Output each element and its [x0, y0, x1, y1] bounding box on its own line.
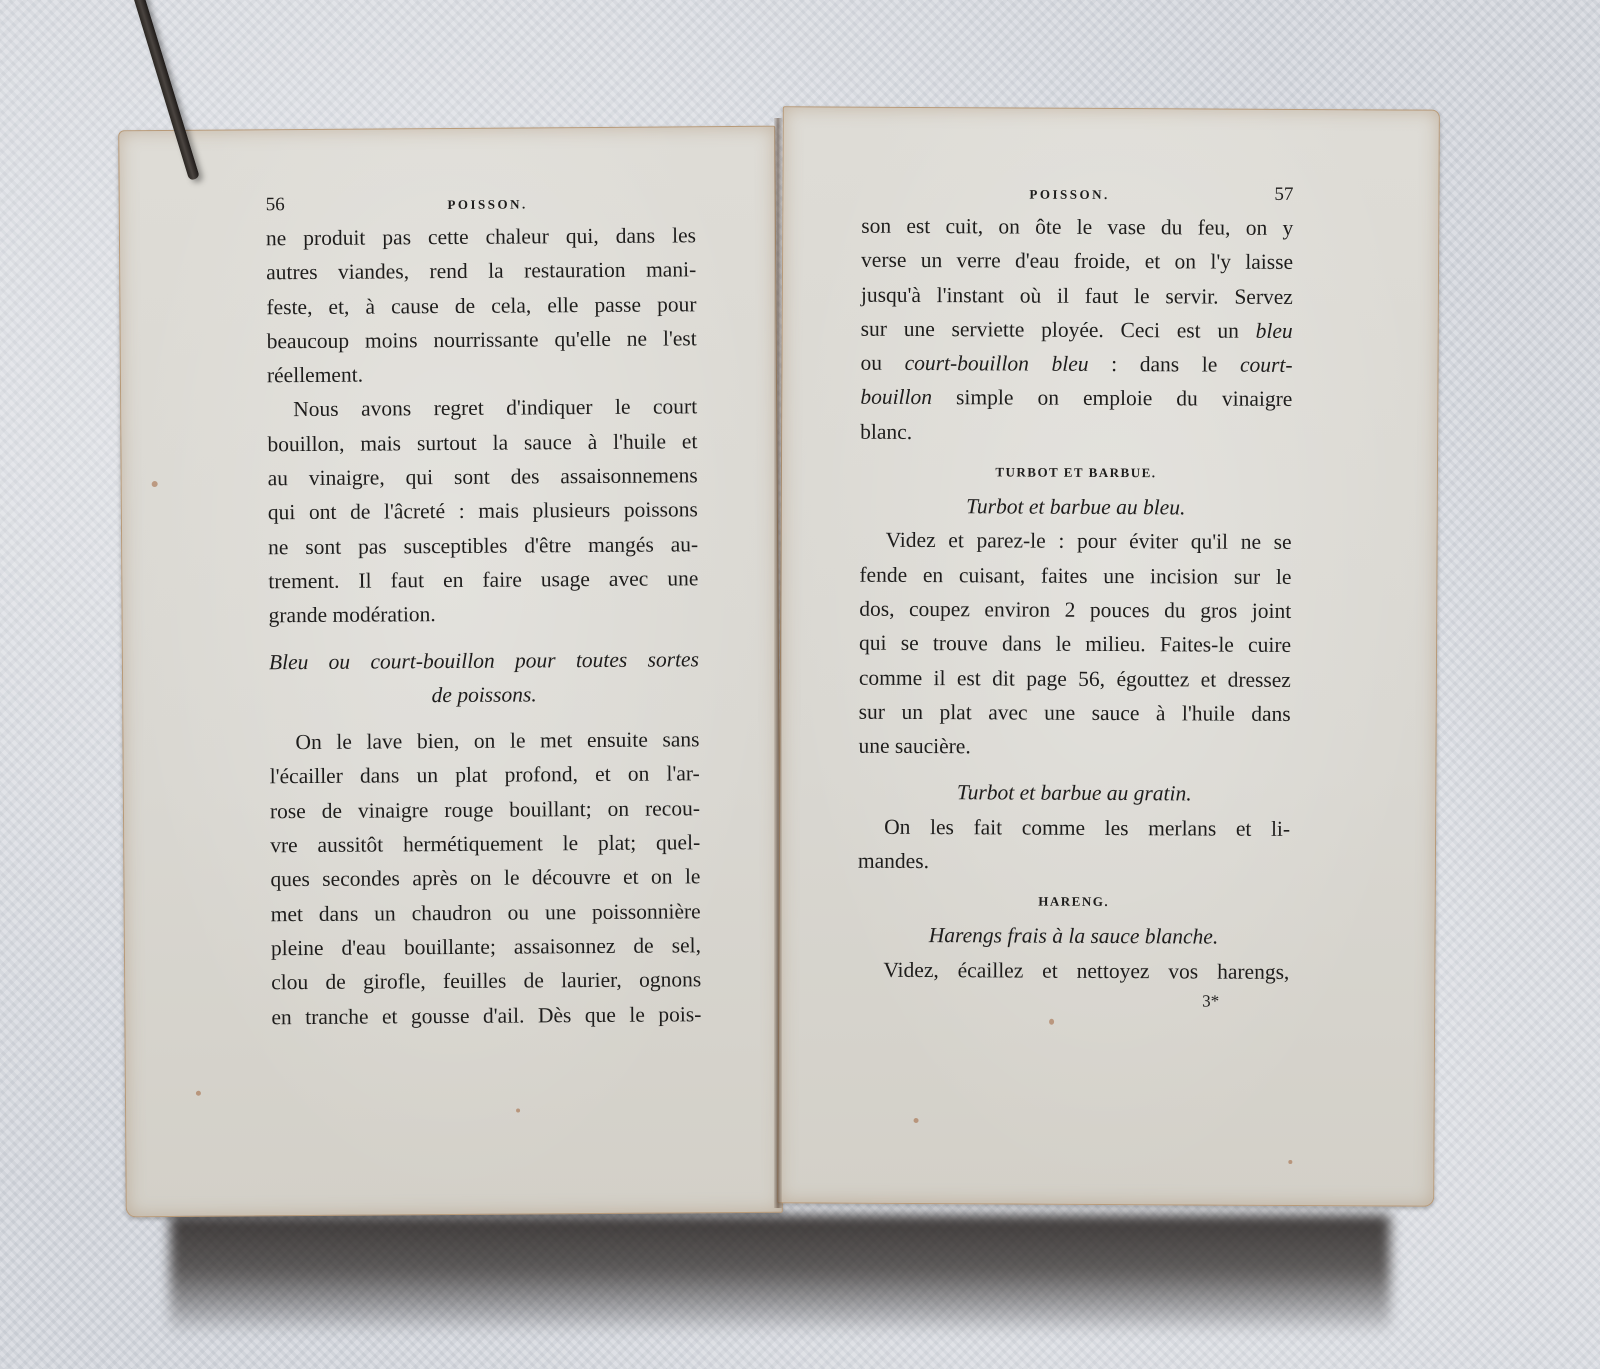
text-line: qui ont de l'âcreté : mais plusieurs poi…: [268, 493, 698, 530]
text-line: grande modération.: [268, 596, 698, 633]
page-number: 56: [266, 190, 285, 220]
text-line: ne produit pas cette chaleur qui, dans l…: [266, 218, 696, 255]
section-title-hareng: HARENG.: [858, 886, 1290, 918]
left-page: 56 POISSON. ne produit pas cette chaleur…: [118, 126, 783, 1218]
text-line: bouillon simple on emploie du vinaigre: [860, 380, 1292, 417]
signature-mark: 3*: [857, 987, 1289, 1015]
text-line: dos, coupez environ 2 pouces du gros joi…: [859, 592, 1291, 629]
paragraph: son est cuit, on ôte le vase du feu, on …: [860, 209, 1293, 451]
text-line: ques secondes après on le découvre et on…: [270, 860, 700, 897]
text-line: blanc.: [860, 414, 1292, 451]
right-page-text: POISSON. 57 son est cuit, on ôte le vase…: [857, 178, 1293, 1015]
running-head-title: POISSON.: [447, 189, 528, 220]
left-page-text: 56 POISSON. ne produit pas cette chaleur…: [266, 187, 702, 1034]
recipe-heading: Turbot et barbue au gratin.: [858, 775, 1290, 812]
text-line: ne sont pas susceptibles d'être mangés a…: [268, 527, 698, 564]
text-span: : dans le: [1088, 352, 1240, 377]
text-line: Nous avons regret d'indiquer le court: [267, 390, 697, 427]
foxing-stain: [152, 481, 158, 487]
recipe-heading: Bleu ou court-bouillon pour toutes sorte…: [269, 642, 699, 714]
foxing-stain: [516, 1109, 520, 1113]
right-page: POISSON. 57 son est cuit, on ôte le vase…: [777, 106, 1440, 1206]
italic-span: bouillon: [860, 385, 932, 409]
text-line: bouillon, mais surtout la sauce à l'huil…: [267, 424, 697, 461]
paragraph: Nous avons regret d'indiquer le court bo…: [267, 390, 699, 633]
text-line: Videz, écaillez et nettoyez vos harengs,: [857, 952, 1289, 989]
text-line: en tranche et gousse d'ail. Dès que le p…: [271, 997, 701, 1034]
text-line: une saucière.: [858, 729, 1290, 766]
paragraph: On les fait comme les merlans et li- man…: [858, 809, 1290, 880]
text-line: au vinaigre, qui sont des assaisonnemens: [268, 458, 698, 495]
paragraph: Videz et parez-le : pour éviter qu'il ne…: [858, 523, 1291, 765]
text-line: l'écailler dans un plat profond, et on l…: [270, 757, 700, 794]
text-line: ou court-bouillon bleu : dans le court-: [860, 346, 1292, 383]
text-line: On le lave bien, on le met ensuite sans: [269, 722, 699, 759]
text-span: sur une serviette ployée. Ceci est un: [861, 317, 1256, 343]
text-line: sur une serviette ployée. Ceci est un bl…: [861, 312, 1293, 349]
text-line: jusqu'à l'instant où il faut le servir. …: [861, 277, 1293, 314]
text-line: sur un plat avec une sauce à l'huile dan…: [859, 695, 1291, 732]
text-line: Videz et parez-le : pour éviter qu'il ne…: [860, 523, 1292, 560]
foxing-stain: [914, 1118, 919, 1123]
text-line: mandes.: [858, 844, 1290, 881]
page-number: 57: [1274, 180, 1293, 210]
italic-span: court-: [1240, 353, 1293, 377]
text-line: verse un verre d'eau froide, et on l'y l…: [861, 243, 1293, 280]
text-line: feste, et, à cause de cela, elle passe p…: [266, 287, 696, 324]
foxing-stain: [196, 1091, 201, 1096]
running-head: 56 POISSON.: [266, 187, 696, 221]
text-span: ou: [860, 351, 904, 375]
text-line: comme il est dit page 56, égouttez et dr…: [859, 660, 1291, 697]
foxing-stain: [1288, 1160, 1292, 1164]
paragraph: On le lave bien, on le met ensuite sans …: [269, 722, 701, 1034]
heading-line: Bleu ou court-bouillon pour toutes sorte…: [269, 642, 699, 679]
text-line: trement. Il faut en faire usage avec une: [268, 561, 698, 598]
text-line: rose de vinaigre rouge bouillant; on rec…: [270, 791, 700, 828]
book-gutter: [774, 118, 782, 1208]
running-head-title: POISSON.: [1029, 180, 1109, 210]
text-span: simple on emploie du vinaigre: [932, 386, 1292, 412]
text-line: On les fait comme les merlans et li-: [858, 809, 1290, 846]
italic-span: court-bouillon bleu: [905, 351, 1089, 376]
text-line: clou de girofle, feuilles de laurier, og…: [271, 962, 701, 999]
paragraph: ne produit pas cette chaleur qui, dans l…: [266, 218, 697, 392]
foxing-stain: [1049, 1019, 1054, 1025]
text-line: autres viandes, rend la restauration man…: [266, 253, 696, 290]
recipe-heading: Turbot et barbue au bleu.: [860, 489, 1292, 526]
text-line: pleine d'eau bouillante; assaisonnez de …: [271, 928, 701, 965]
section-title-turbot: TURBOT ET BARBUE.: [860, 457, 1292, 489]
text-line: fende en cuisant, faites une incision su…: [859, 557, 1291, 594]
paragraph: Videz, écaillez et nettoyez vos harengs,: [857, 952, 1289, 989]
text-line: beaucoup moins nourrissante qu'elle ne l…: [267, 321, 697, 358]
text-line: vre aussitôt hermétiquement le plat; que…: [270, 825, 700, 862]
running-head: POISSON. 57: [861, 178, 1293, 211]
recipe-heading: Harengs frais à la sauce blanche.: [857, 918, 1289, 955]
text-line: met dans un chaudron ou une poissonnière: [271, 894, 701, 931]
heading-line: de poissons.: [269, 676, 699, 713]
text-line: réellement.: [267, 355, 697, 392]
book-shadow: [170, 1215, 1390, 1335]
text-line: son est cuit, on ôte le vase du feu, on …: [861, 209, 1293, 246]
italic-span: bleu: [1256, 319, 1293, 343]
text-line: qui se trouve dans le milieu. Faites-le …: [859, 626, 1291, 663]
